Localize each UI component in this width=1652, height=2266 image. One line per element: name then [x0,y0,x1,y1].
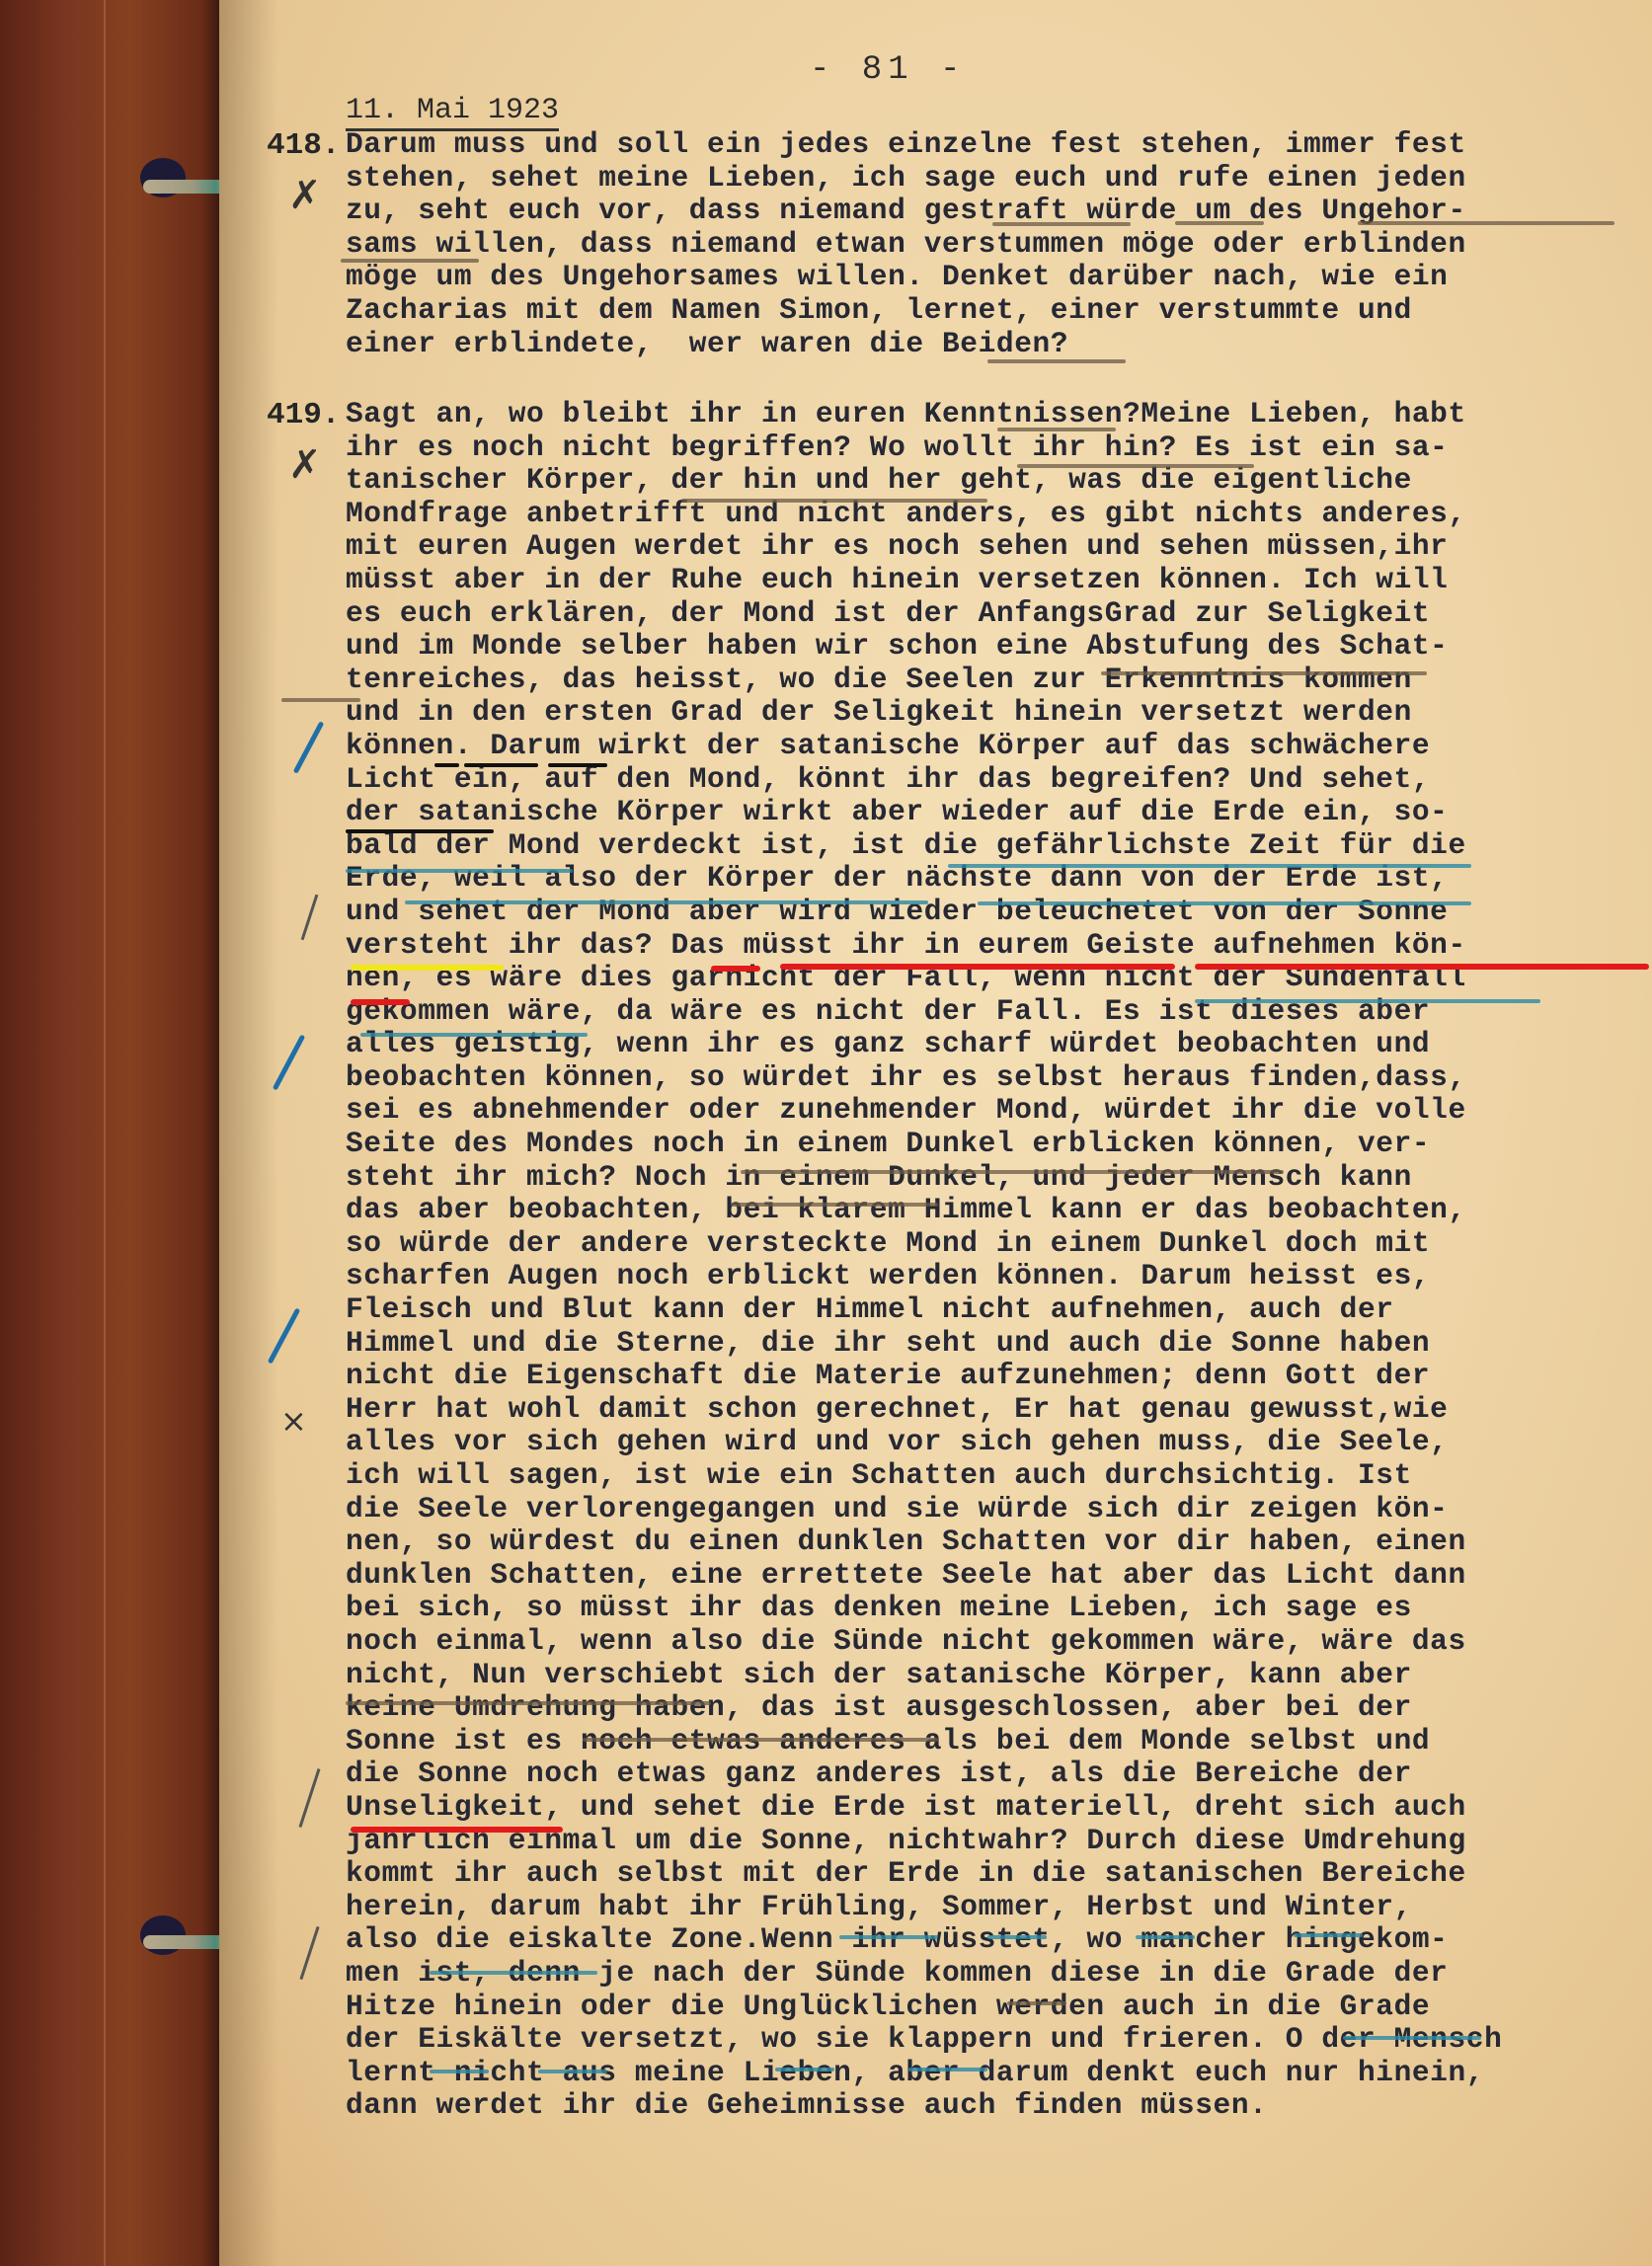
text-line: Unseligkeit, und sehet die Erde ist mate… [346,1791,1610,1825]
text-line: mit euren Augen werdet ihr es noch sehen… [346,530,1610,564]
paragraph-419: 419. Sagt an, wo bleibt ihr in euren Ken… [346,398,1610,2123]
text-line: also die eiskalte Zone.Wenn ihr wüsstet,… [346,1923,1610,1957]
text-line: Zacharias mit dem Namen Simon, lernet, e… [346,294,1610,328]
text-line: dunklen Schatten, eine errettete Seele h… [346,1559,1610,1593]
pencil-underline [583,1738,938,1742]
pencil-underline [997,428,1116,431]
text-line: noch einmal, wenn also die Sünde nicht g… [346,1625,1610,1659]
text-line: Licht ein, auf den Mond, könnt ihr das b… [346,763,1610,797]
text-line: einer erblindete, wer waren die Beiden? [346,328,1610,361]
blue-underline [978,901,1471,905]
pencil-underline [731,1203,938,1207]
text-line: Sagt an, wo bleibt ihr in euren Kenntnis… [346,398,1610,431]
pencil-underline [681,499,987,503]
text-line: können. Darum wirkt der satanische Körpe… [346,730,1610,763]
pencil-underline [1017,464,1254,468]
text-line: das aber beobachten, bei klarem Himmel k… [346,1194,1610,1227]
text-line: steht ihr mich? Noch in einem Dunkel, un… [346,1161,1610,1195]
red-underline [711,966,760,972]
text-line: und in den ersten Grad der Seligkeit hin… [346,696,1610,730]
blue-underline [948,864,1471,868]
text-line: müsst aber in der Ruhe euch hinein verse… [346,564,1610,597]
blue-underline [1195,999,1540,1003]
text-line: tenreiches, das heisst, wo die Seelen zu… [346,664,1610,697]
text-line: sams willen, dass niemand etwan verstumm… [346,228,1610,262]
blue-underline [346,869,573,873]
pencil-underline [1101,671,1427,675]
text-line: möge um des Ungehorsames willen. Denket … [346,261,1610,294]
folder-binding [0,0,219,2266]
binding-fold-line [104,0,106,2266]
document-date: 11. Mai 1923 [346,94,559,131]
paragraph-418: 418. Darum muss und soll ein jedes einze… [346,128,1610,360]
text-line: versteht ihr das? Das müsst ihr in eurem… [346,929,1610,963]
text-line: Darum muss und soll ein jedes einzelne f… [346,128,1610,162]
pencil-underline [281,698,360,702]
blue-underline [1294,1933,1363,1937]
text-line: bei sich, so müsst ihr das denken meine … [346,1592,1610,1625]
text-line: sei es abnehmender oder zunehmender Mond… [346,1094,1610,1128]
pencil-underline [1007,2001,1066,2005]
ink-underline [365,829,494,833]
pencil-underline [992,222,1131,226]
text-line: ihr es noch nicht begriffen? Wo wollt ih… [346,431,1610,465]
text-line: alles vor sich gehen wird und vor sich g… [346,1426,1610,1459]
text-line: Fleisch und Blut kann der Himmel nicht a… [346,1293,1610,1327]
page-number: - 81 - [810,51,966,89]
text-line: lernt nicht aus meine Lieben, aber darum… [346,2057,1610,2090]
text-line: ich will sagen, ist wie ein Schatten auc… [346,1459,1610,1493]
blue-underline [405,900,928,904]
text-line: die Sonne noch etwas ganz anderes ist, a… [346,1758,1610,1791]
blue-underline [360,1033,588,1037]
text-line: Himmel und die Sterne, die ihr seht und … [346,1327,1610,1361]
blue-underline [430,1971,597,1975]
text-line: nicht, Nun verschiebt sich der satanisch… [346,1659,1610,1692]
text-line: Herr hat wohl damit schon gerechnet, Er … [346,1393,1610,1427]
pencil-underline [987,359,1126,363]
text-line: keine Umdrehung haben, das ist ausgeschl… [346,1691,1610,1725]
text-line: nicht die Eigenschaft die Materie aufzun… [346,1360,1610,1393]
text-line: scharfen Augen noch erblickt werden könn… [346,1260,1610,1293]
page-edge-shadow [219,0,278,2266]
text-line: kommt ihr auch selbst mit der Erde in di… [346,1857,1610,1891]
pencil-underline [346,1701,711,1705]
blue-underline [538,2070,607,2073]
pencil-underline [1175,221,1264,225]
ink-underline [548,763,607,767]
text-line: beobachten können, so würdet ihr es selb… [346,1061,1610,1095]
text-line: und im Monde selber haben wir schon eine… [346,630,1610,664]
text-line: Seite des Mondes noch in einem Dunkel er… [346,1128,1610,1161]
blue-underline [775,2068,834,2071]
red-underline [780,964,1175,970]
pencil-underline [741,1170,1284,1174]
pencil-underline [341,259,479,263]
red-underline [351,1827,563,1833]
text-line: Sonne ist es noch etwas anderes als bei … [346,1725,1610,1758]
blue-underline [1343,2036,1481,2040]
blue-underline [908,2068,987,2071]
text-line: nen, so würdest du einen dunklen Schatte… [346,1525,1610,1559]
ink-underline [464,763,538,767]
pencil-underline [1358,221,1614,225]
paragraph-number: 418. [267,128,340,163]
paragraph-number: 419. [267,398,340,432]
blue-underline [839,1935,938,1939]
blue-underline [430,2070,489,2073]
text-line: die Seele verlorengegangen und sie würde… [346,1493,1610,1526]
text-line: Hitze hinein oder die Unglücklichen werd… [346,1991,1610,2024]
blue-underline [987,1935,1047,1939]
yellow-highlight-underline [351,965,504,971]
blue-underline [1136,1935,1195,1939]
text-line: herein, darum habt ihr Frühling, Sommer,… [346,1891,1610,1924]
red-underline [351,999,410,1005]
text-line: so würde der andere versteckte Mond in e… [346,1227,1610,1261]
margin-cross-mark-icon: ✗ [288,442,322,488]
ink-underline [434,763,459,767]
text-line: es euch erklären, der Mond ist der Anfan… [346,597,1610,631]
text-line: der satanische Körper wirkt aber wieder … [346,796,1610,829]
margin-x-mark-icon: × [280,1402,307,1440]
text-line: dann werdet ihr die Geheimnisse auch fin… [346,2089,1610,2123]
text-line: tanischer Körper, der hin und her geht, … [346,464,1610,498]
text-line: bald der Mond verdeckt ist, ist die gefä… [346,829,1610,863]
text-line: stehen, sehet meine Lieben, ich sage euc… [346,162,1610,195]
margin-cross-mark-icon: ✗ [288,173,322,218]
red-underline [1195,964,1649,970]
